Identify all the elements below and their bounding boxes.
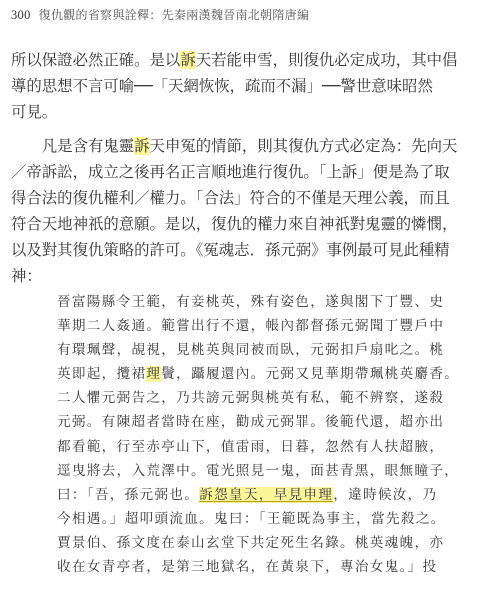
text-line: 凡是含有鬼靈訴天申冤的情節，則其復仇方式必定為：先向天 (11, 133, 463, 159)
quote-line: 賈景伯、孫文度在泰山玄堂下共定死生名錄。桃英魂魄，亦 (57, 531, 457, 555)
text-line: 神： (11, 263, 463, 289)
text-line: 所以保證必然正確。是以訴天若能申雪，則復仇必定成功，其中倡 (11, 47, 463, 73)
running-header: 300復仇觀的省察與詮釋：先秦兩漢魏晉南北朝隋唐編 (11, 6, 309, 23)
quote-line: 曰：「吾，孫元弼也。訴怨皇天，早見申理，違時候汝，乃 (57, 483, 457, 507)
page-number: 300 (11, 8, 31, 22)
text-line: ／帝訴訟，成立之後再名正言順地進行復仇。「上訴」便是為了取 (11, 159, 463, 185)
highlighted-text[interactable]: 訴 (180, 51, 195, 69)
highlighted-underlined-text[interactable]: 訴怨皇天，早見申理 (199, 487, 333, 503)
text-line: 得合法的復仇權利／權力。「合法」符合的不僅是天理公義，而且 (11, 185, 463, 211)
quote-line: 收在女青亭者，是第三地獄名，在黃泉下，專治女鬼。」投 (57, 555, 457, 579)
text-line: 可見。 (11, 99, 463, 125)
highlighted-text[interactable]: 訴 (134, 137, 149, 155)
quote-line: 晉富陽縣令王範，有妾桃英，殊有姿色，遂與閣下丁豐、史 (57, 290, 457, 314)
quote-line: 逕曳將去，入荒澤中。電光照見一鬼，面甚青黑，眼無瞳子， (57, 459, 457, 483)
text-line: 導的思想不言可喻──「天網恢恢，疏而不漏」──警世意味昭然 (11, 73, 463, 99)
quote-line: 今相遇。」超叩頭流血。鬼曰：「王範既為事主，當先殺之。 (57, 507, 457, 531)
running-title: 復仇觀的省察與詮釋：先秦兩漢魏晉南北朝隋唐編 (39, 8, 310, 22)
quote-line: 元弼。有陳超者當時在座，勸成元弼罪。後範代還，超亦出 (57, 410, 457, 434)
paragraph-2: 凡是含有鬼靈訴天申冤的情節，則其復仇方式必定為：先向天 ／帝訴訟，成立之後再名正… (11, 133, 463, 289)
quote-line: 二人懼元弼告之，乃共謗元弼與桃英有私，範不辨察，遂殺 (57, 386, 457, 410)
paragraph-1: 所以保證必然正確。是以訴天若能申雪，則復仇必定成功，其中倡 導的思想不言可喻──… (11, 47, 463, 125)
quote-line: 有環珮聲，覘視，見桃英與同被而臥，元弼扣戶扇叱之。桃 (57, 338, 457, 362)
quote-line: 華期二人姦通。範嘗出行不還，帳內都督孫元弼聞丁豐戶中 (57, 314, 457, 338)
highlighted-text[interactable]: 理 (146, 366, 161, 382)
block-quote: 晉富陽縣令王範，有妾桃英，殊有姿色，遂與閣下丁豐、史 華期二人姦通。範嘗出行不還… (57, 290, 457, 579)
quote-line: 都看範，行至赤亭山下，值雷雨，日暮，忽然有人扶超腋， (57, 435, 457, 459)
text-line: 符合天地神祇的意願。是以，復仇的權力來自神祇對鬼靈的憐憫， (11, 211, 463, 237)
text-line: 以及對其復仇策略的許可。《冤魂志．孫元弼》事例最可見此種精 (11, 237, 463, 263)
quote-line: 英即起，攬裙理鬢，躡履還內。元弼又見華期帶珮桃英麝香。 (57, 362, 457, 386)
